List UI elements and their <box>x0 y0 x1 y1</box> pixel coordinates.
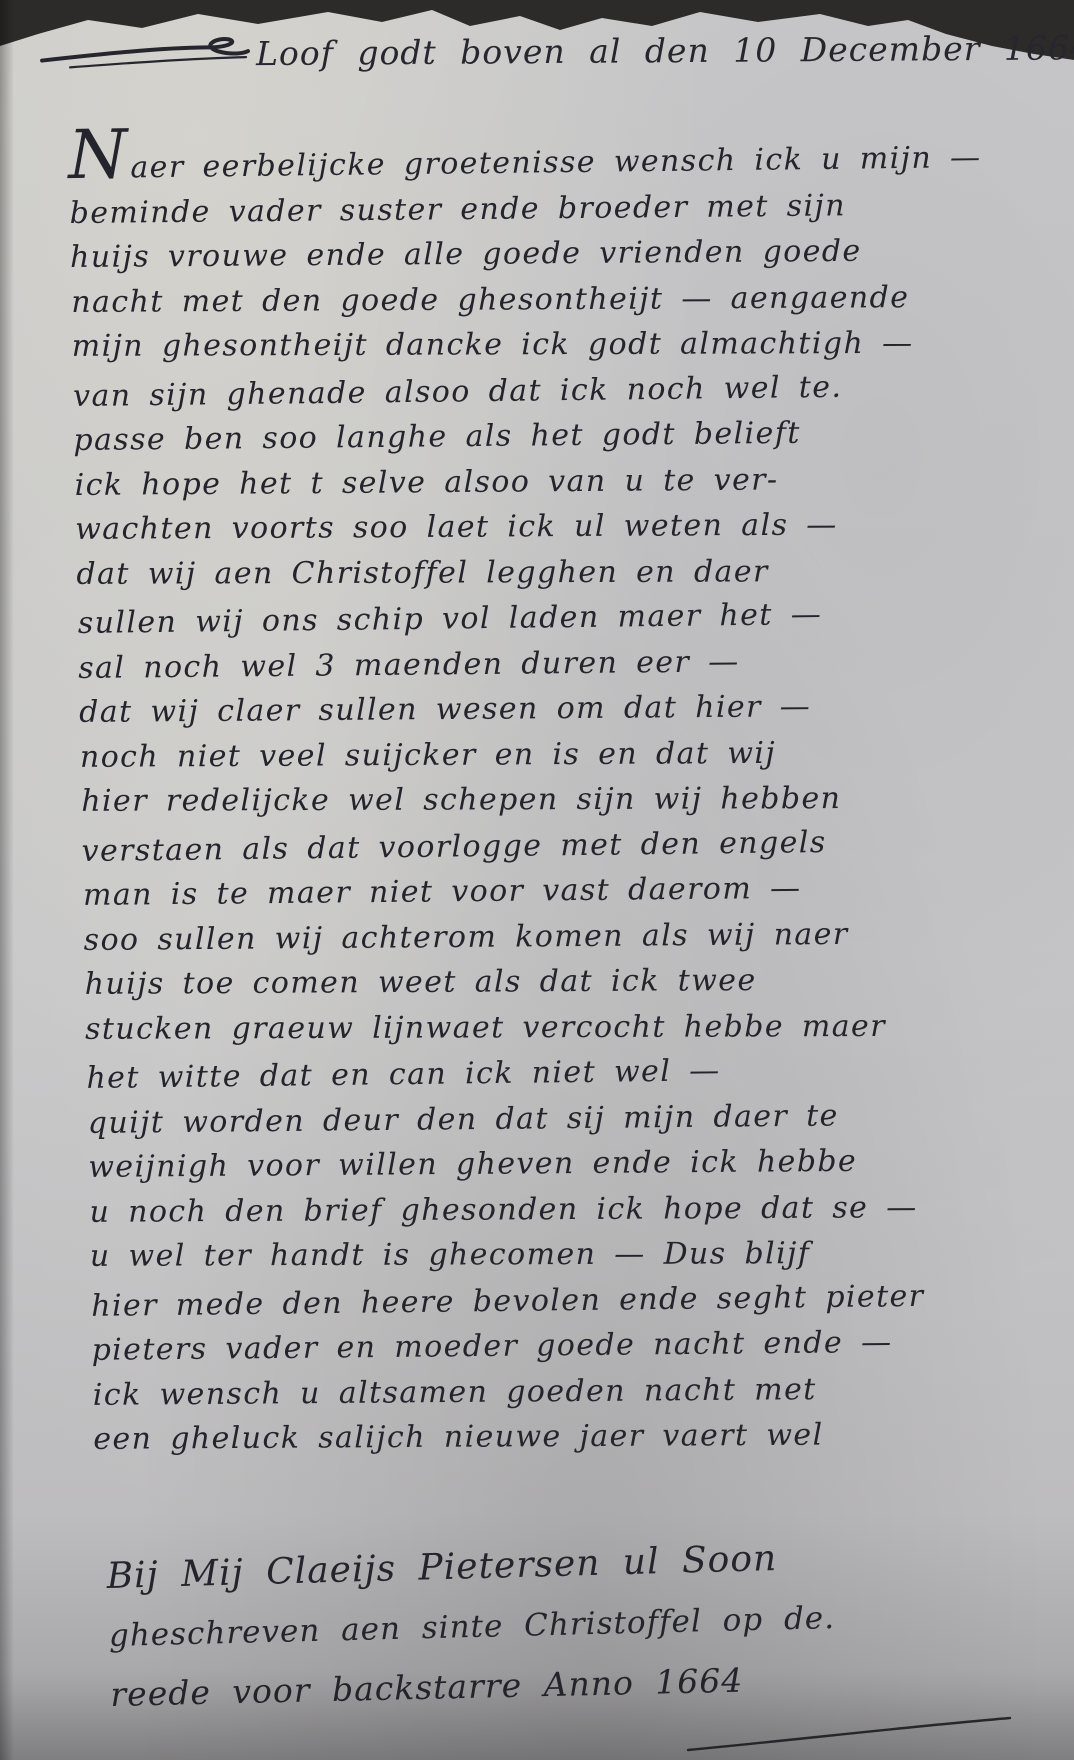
signature-block: Bij Mij Claeijs Pietersen ul Soongheschr… <box>106 1524 1054 1725</box>
scanned-letter-page: Loof godt boven al den 10 December 1664 … <box>0 0 1074 1760</box>
text-line: huijs vrouwe ende alle goede vrienden go… <box>70 227 1057 280</box>
text-line: weijnigh voor willen gheven ende ick heb… <box>88 1137 1064 1190</box>
text-line: Naer eerbelijcke groetenisse wensch ick … <box>68 118 1057 191</box>
text-line: dat wij aen Christoffel legghen en daer <box>76 548 1059 597</box>
pen-stroke-icon <box>684 1714 1014 1754</box>
text-line: ick wensch u altsamen goeden nacht met <box>93 1365 1066 1418</box>
text-line: u wel ter handt is ghecomen — Dus blijf <box>90 1230 1065 1279</box>
text-line: u noch den brief ghesonden ick hope dat … <box>89 1184 1065 1235</box>
header-dateline: Loof godt boven al den 10 December 1664 <box>40 12 1064 89</box>
text-line: noch niet veel suijcker en is en dat wij <box>80 729 1061 780</box>
text-line: dat wij claer sullen wesen om dat hier — <box>79 682 1061 735</box>
letter-body: Naer eerbelijcke groetenisse wensch ick … <box>68 120 1066 1463</box>
text-line: ick hope het t selve alsoo van u te ver- <box>74 455 1058 508</box>
pen-flourish-icon <box>40 33 250 74</box>
text-line: nacht met den goede ghesontheijt — aenga… <box>71 274 1058 325</box>
text-line: stucken graeuw lijnwaet vercocht hebbe m… <box>85 1003 1063 1052</box>
text-line: wachten voorts soo laet ick ul weten als… <box>75 501 1059 552</box>
text-line: huijs toe comen weet als dat ick twee <box>84 956 1062 1007</box>
text-line: mijn ghesontheijt dancke ick godt almach… <box>72 320 1058 369</box>
text-line: een gheluck salijch nieuwe jaer vaert we… <box>94 1411 1067 1462</box>
header-text: Loof godt boven al den 10 December 1664 <box>256 28 1074 73</box>
text-line: hier redelijcke wel schepen sijn wij heb… <box>81 775 1061 824</box>
text-line: soo sullen wij achterom komen als wij na… <box>84 910 1063 963</box>
